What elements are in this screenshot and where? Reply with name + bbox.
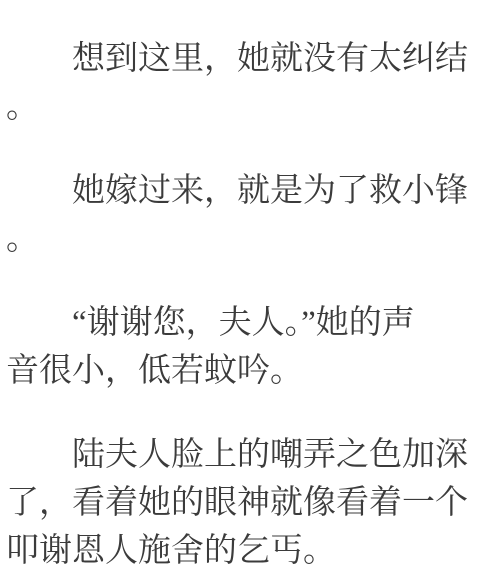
paragraph: 陆夫人脸上的嘲弄之色加深 了，看着她的眼神就像看着一个 叩谢恩人施舍的乞丐。 (6, 431, 476, 575)
text-line-orphan-period: 。 (6, 83, 476, 131)
text-line: 想到这里，她就没有太纠结 (6, 35, 476, 83)
text-line: 陆夫人脸上的嘲弄之色加深 (6, 431, 476, 479)
text-line: 叩谢恩人施舍的乞丐。 (6, 527, 476, 575)
novel-reader-page: 想到这里，她就没有太纠结 。 她嫁过来，就是为了救小锋 。 “谢谢您，夫人。”她… (0, 0, 500, 587)
paragraph: “谢谢您，夫人。”她的声 音很小，低若蚊吟。 (6, 299, 476, 395)
paragraph: 想到这里，她就没有太纠结 。 (6, 35, 476, 131)
text-line-orphan-period: 。 (6, 215, 476, 263)
text-line: “谢谢您，夫人。”她的声 (6, 299, 476, 347)
text-line: 音很小，低若蚊吟。 (6, 347, 476, 395)
paragraph: 她嫁过来，就是为了救小锋 。 (6, 167, 476, 263)
text-line: 她嫁过来，就是为了救小锋 (6, 167, 476, 215)
text-line: 了，看着她的眼神就像看着一个 (6, 479, 476, 527)
